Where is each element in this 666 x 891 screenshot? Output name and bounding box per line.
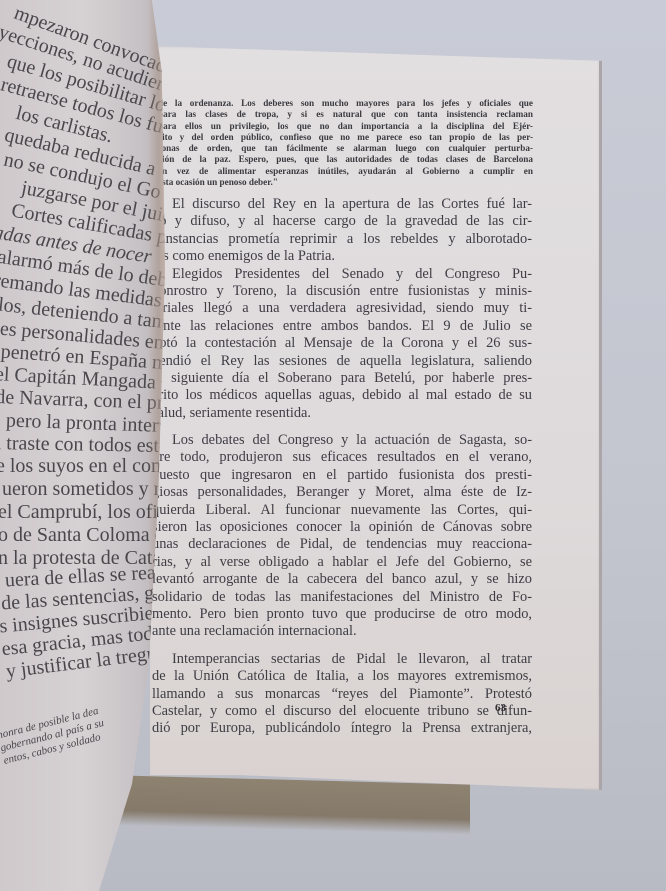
text-line: teriales llegó a una verdadera agresivid… — [152, 300, 532, 317]
text-line: Castelar, y como el discurso del elocuen… — [152, 703, 532, 720]
text-line: e los suyos en el combat — [0, 455, 171, 478]
paragraph-pidal: Intemperancias sectarias de Pidal le lle… — [152, 651, 532, 738]
footnote-line: de la ordenanza. Los deberes son mucho m… — [158, 98, 533, 109]
paragraph-debates: Los debates del Congreso y la actuación … — [152, 432, 532, 641]
body-text: El discurso del Rey en la apertura de la… — [152, 196, 532, 738]
text-line: puesto que ingresaron en el partido fusi… — [152, 467, 532, 484]
text-line: go y difuso, y al hacerse cargo de la gr… — [152, 213, 532, 230]
page-edge — [599, 46, 602, 790]
left-page-footnote: honra de posible la dea gobernando al pa… — [0, 691, 161, 768]
text-line: rias, y al verse obligado a hablar el Je… — [152, 554, 532, 571]
text-line: llamando a sus monarcas “reyes del Piamo… — [152, 686, 532, 703]
text-line: votó la contestación al Mensaje de la Co… — [152, 335, 532, 352]
page-number: 63 — [495, 702, 506, 714]
footnote-line: cito y del orden público, confieso que n… — [158, 132, 533, 143]
left-page-text: mpezaron convocado, el yecciones, no acu… — [0, 0, 169, 667]
book-photo: de la ordenanza. Los deberes son mucho m… — [0, 0, 666, 891]
footnote-line: para ellos un privilegio, los que no dan… — [158, 121, 533, 132]
text-line: unas declaraciones de Pidal, de tendenci… — [152, 536, 532, 553]
text-line: de la Unión Católica de Italia, a los ma… — [152, 668, 532, 685]
text-line: res como enemigos de la Patria. — [152, 248, 532, 265]
text-line: ante una reclamación internacional. — [152, 623, 532, 640]
text-line: giosas personalidades, Beranger y Moret,… — [152, 484, 532, 501]
footnote-line: para las clases de tropa, y si es natura… — [158, 109, 533, 120]
text-line: levantó arrogante de la cabecera del ban… — [152, 571, 532, 588]
text-line: mento. Pero bien pronto tuvo que produci… — [152, 606, 532, 623]
text-line: rante las relaciones entre ambos bandos.… — [152, 318, 532, 335]
text-line: bre todo, produjeron sus eficaces result… — [152, 449, 532, 466]
paragraph-presidents: Elegidos Presidentes del Senado y del Co… — [152, 266, 532, 423]
text-line: sieron las oposiciones conocer la opinió… — [152, 519, 532, 536]
text-line: cunstancias prometía reprimir a los rebe… — [152, 231, 532, 248]
text-line: solidario de todas las manifestaciones d… — [152, 589, 532, 606]
text-line: El discurso del Rey en la apertura de la… — [152, 196, 532, 213]
text-line: salud, seriamente resentida. — [152, 405, 532, 422]
paragraph-king-speech: El discurso del Rey en la apertura de la… — [152, 196, 532, 266]
footnote-line: ción de la paz. Espero, pues, que las au… — [158, 154, 533, 165]
text-line: quierda Liberal. Al funcionar nuevamente… — [152, 502, 532, 519]
text-line: al siguiente día el Soberano para Betelú… — [152, 370, 532, 387]
footnote-line: esta ocasión un penoso deber." — [158, 177, 533, 188]
left-page-curled: mpezaron convocado, el yecciones, no acu… — [0, 0, 165, 891]
text-line: Intemperancias sectarias de Pidal le lle… — [152, 651, 532, 668]
page-shadow — [120, 775, 470, 834]
footnote-line: sonas de orden, que tan fácilmente se al… — [158, 143, 533, 154]
text-line: Elegidos Presidentes del Senado y del Co… — [152, 266, 532, 283]
footnote-quote: de la ordenanza. Los deberes son mucho m… — [158, 98, 533, 188]
text-line: ñonrostro y Toreno, la discusión entre f… — [152, 283, 532, 300]
text-line: Los debates del Congreso y la actuación … — [152, 432, 532, 449]
footnote-line: en vez de alimentar esperanzas inútiles,… — [158, 166, 533, 177]
text-line: crito los médicos aquellas aguas, debido… — [152, 387, 532, 404]
text-line: dió por Europa, publicándolo íntegro la … — [152, 720, 532, 737]
text-line: pendió el Rey las sesiones de aquella le… — [152, 353, 532, 370]
